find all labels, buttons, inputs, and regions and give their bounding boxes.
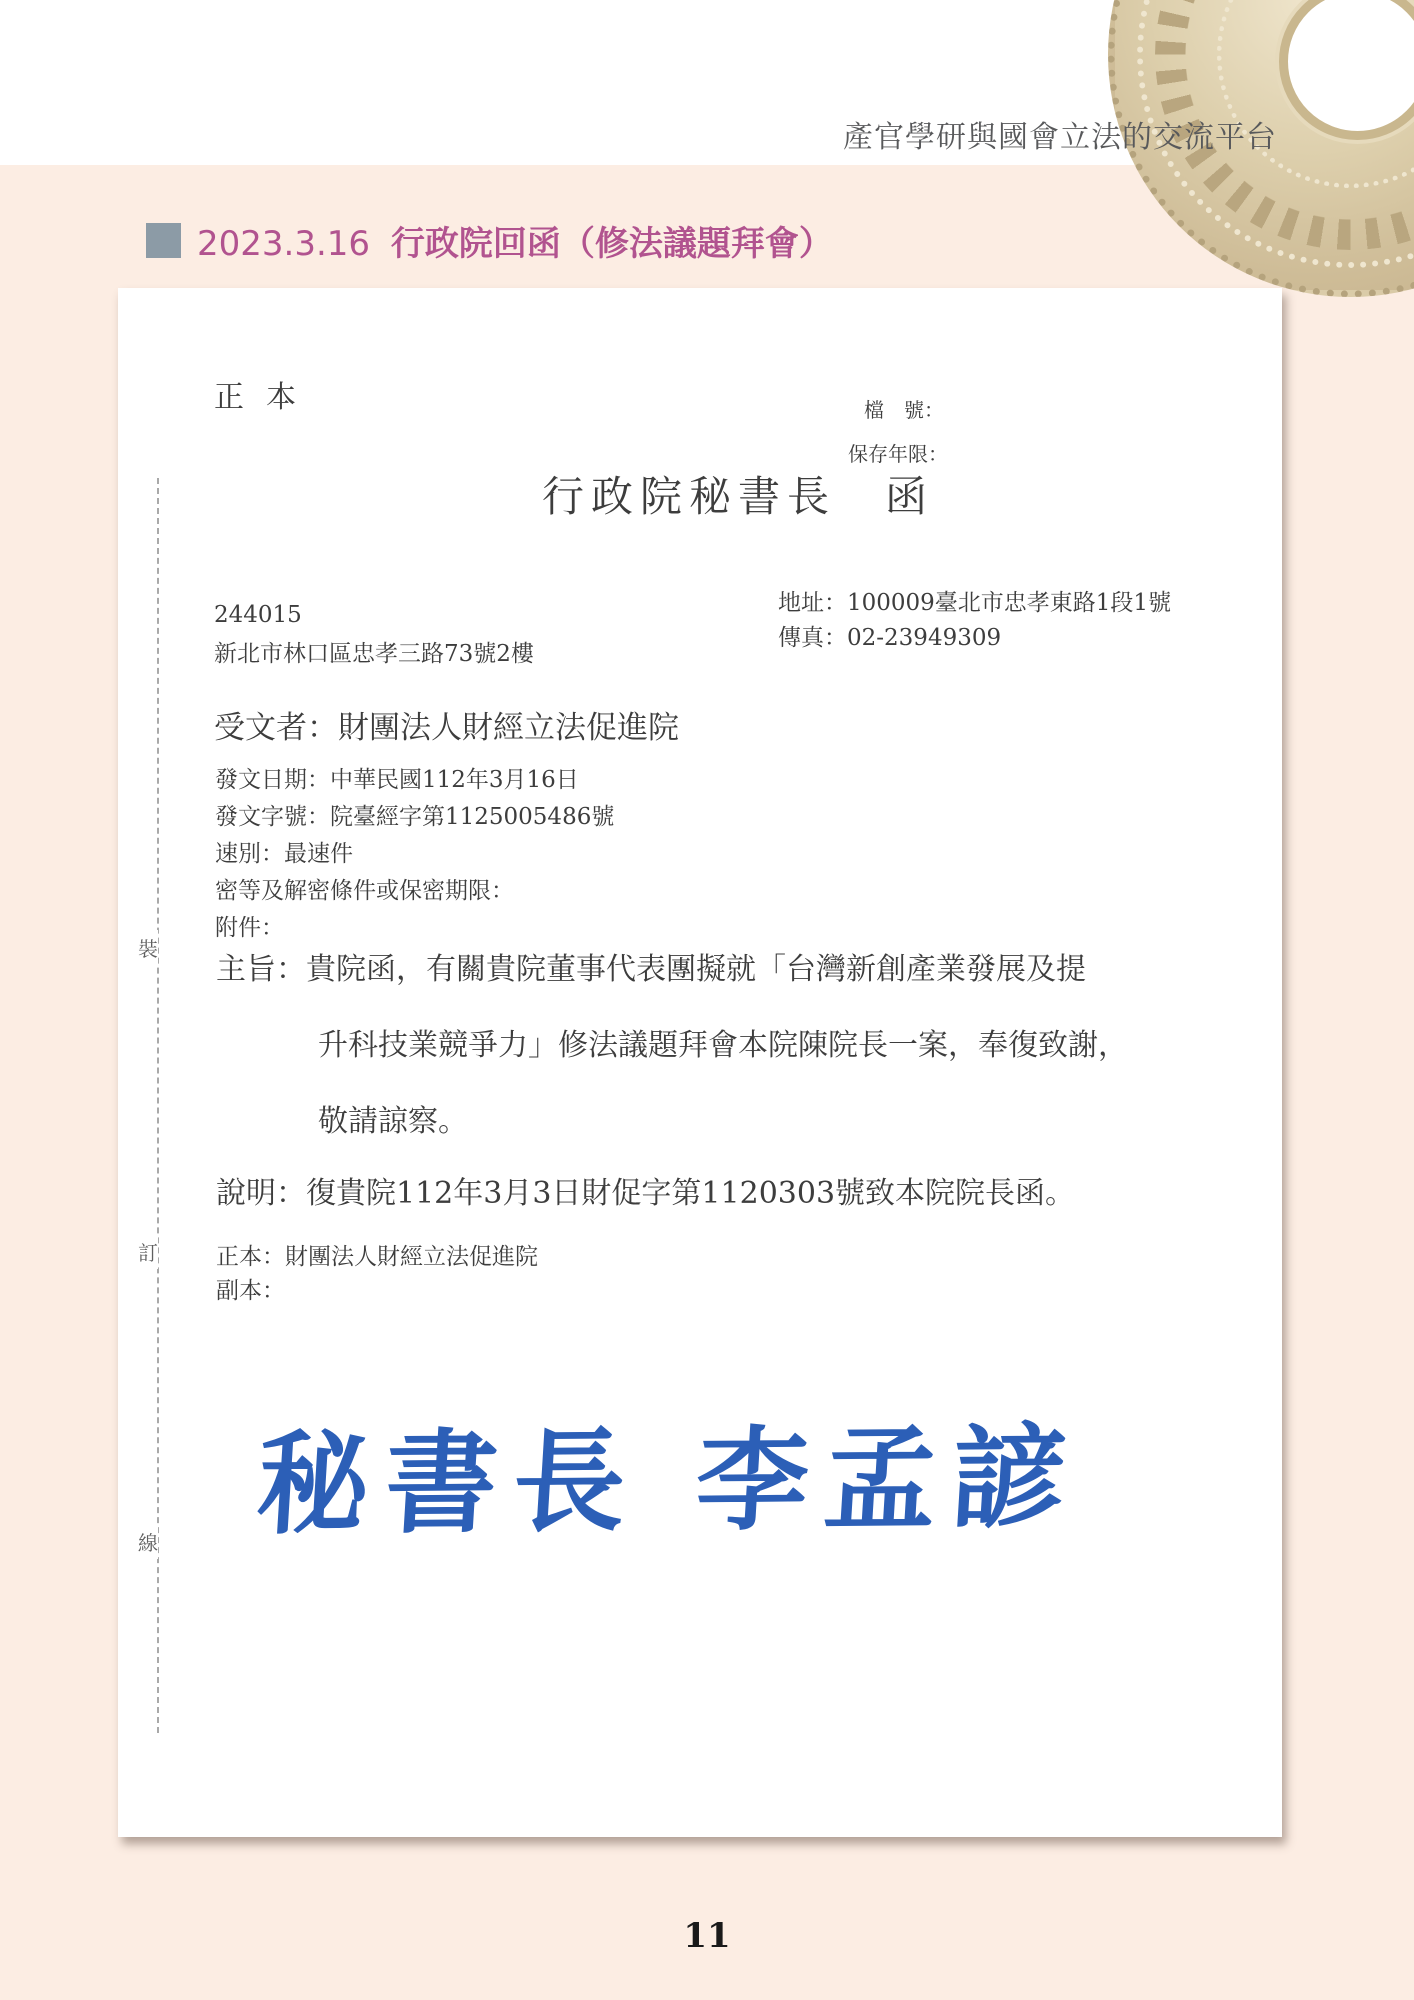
binding-mark-xian: 線	[138, 1524, 158, 1559]
sender-fax: 傳真：02-23949309	[778, 621, 1171, 656]
security-class: 密等及解密條件或保密期限：	[215, 873, 614, 910]
retention-period-label: 保存年限：	[848, 438, 948, 467]
square-bullet-icon	[146, 223, 181, 258]
original-copy-to: 正本：財團法人財經立法促進院	[216, 1238, 538, 1271]
recipient-zip: 244015	[214, 602, 302, 628]
attachment-label: 附件：	[215, 910, 614, 947]
file-number-label: 檔 號：	[864, 394, 944, 423]
secretary-general-signature: 秘書長 李孟諺	[253, 1388, 1086, 1556]
letter-meta-block: 發文日期：中華民國112年3月16日 發文字號：院臺經字第1125005486號…	[215, 762, 614, 947]
binding-mark-zhuang: 裝	[138, 930, 158, 965]
section-date: 2023.3.16	[197, 224, 370, 264]
carbon-copy-to: 副本：	[216, 1272, 285, 1305]
sender-address: 地址：100009臺北市忠孝東路1段1號	[778, 586, 1171, 621]
section-heading: 2023.3.16 行政院回函（修法議題拜會）	[146, 216, 833, 265]
letter-title: 行政院秘書長 函	[542, 464, 934, 524]
recipient-line: 受文者：財團法人財經立法促進院	[214, 702, 679, 747]
binding-mark-ding: 訂	[138, 1234, 158, 1269]
explanation-line: 說明：復貴院112年3月3日財促字第1120303號致本院院長函。	[216, 1168, 1075, 1212]
recipient-address: 新北市林口區忠孝三路73號2樓	[214, 635, 534, 668]
section-title: 行政院回函（修法議題拜會）	[391, 224, 833, 264]
page-number: 11	[0, 1916, 1414, 1956]
copy-type-label: 正本	[214, 372, 318, 416]
section-heading-text: 2023.3.16 行政院回函（修法議題拜會）	[197, 216, 833, 265]
subject-line-2: 升科技業競爭力」修法議題拜會本院陳院長一案，奉復致謝，	[318, 1020, 1128, 1064]
scanned-official-letter: 裝 訂 線 正本 檔 號： 保存年限： 行政院秘書長 函 地址：100009臺北…	[118, 288, 1282, 1837]
subject-line-1: 主旨：貴院函，有關貴院董事代表團擬就「台灣新創產業發展及提	[216, 944, 1086, 988]
platform-title: 產官學研與國會立法的交流平台	[843, 112, 1277, 156]
page: 產官學研與國會立法的交流平台 2023.3.16 行政院回函（修法議題拜會） 裝…	[0, 0, 1414, 2000]
issue-date: 發文日期：中華民國112年3月16日	[215, 762, 614, 799]
sender-contact-block: 地址：100009臺北市忠孝東路1段1號 傳真：02-23949309	[778, 586, 1171, 656]
speed-class: 速別：最速件	[215, 836, 614, 873]
doc-number: 發文字號：院臺經字第1125005486號	[215, 799, 614, 836]
subject-line-3: 敬請諒察。	[318, 1096, 468, 1140]
